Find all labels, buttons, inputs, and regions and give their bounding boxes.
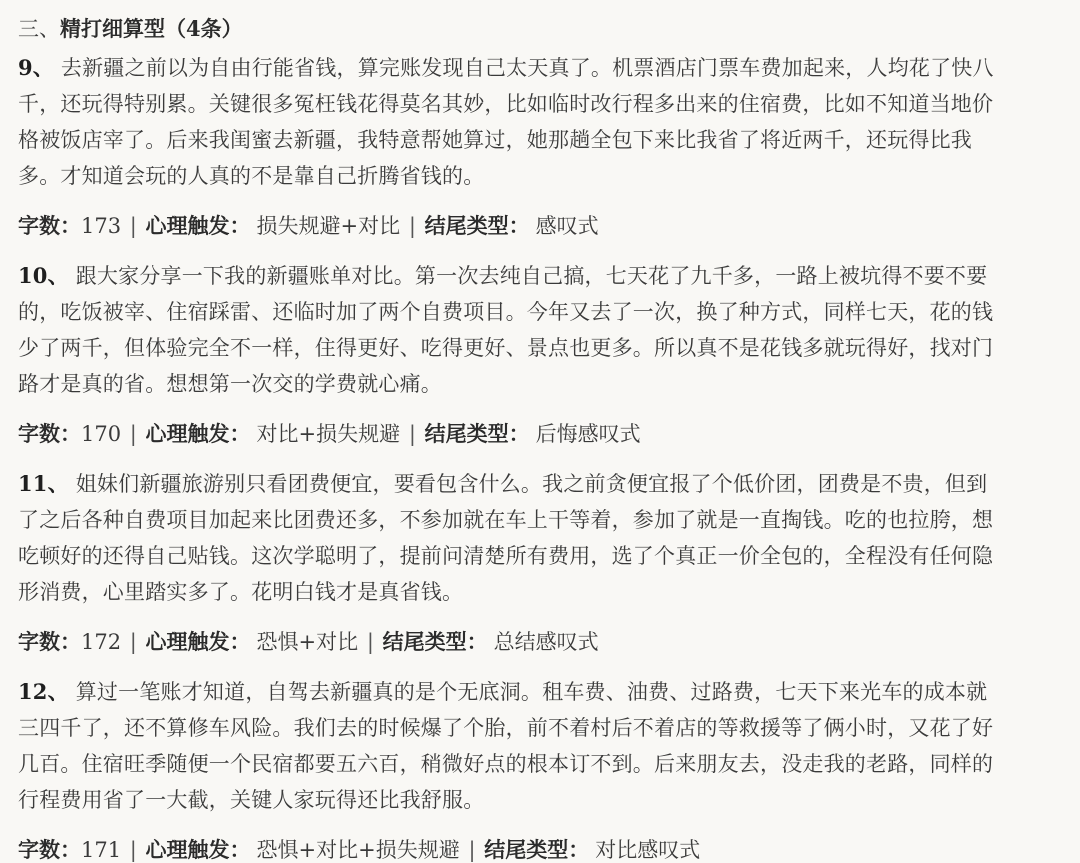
psych-trigger-value: 损失规避+对比: [257, 214, 401, 238]
word-count-label: 字数：: [18, 213, 81, 238]
entry-item: 10、 跟大家分享一下我的新疆账单对比。第一次去纯自己搞，七天花了九千多，一路上…: [18, 258, 1062, 452]
meta-separator: |: [130, 214, 137, 238]
entry-text: 去新疆之前以为自由行能省钱，算完账发现自己太天真了。机票酒店门票车费加起来，人均…: [18, 56, 994, 188]
ending-type-value: 总结感叹式: [494, 630, 599, 654]
ending-type-label: 结尾类型：: [383, 629, 488, 654]
meta-separator: |: [130, 422, 137, 446]
ending-type-label: 结尾类型：: [484, 837, 589, 862]
entry-item: 12、 算过一笔账才知道，自驾去新疆真的是个无底洞。租车费、油费、过路费，七天下…: [18, 674, 1062, 863]
psych-trigger-value: 恐惧+对比+损失规避: [257, 838, 460, 862]
psych-trigger-value: 对比+损失规避: [257, 422, 401, 446]
section-heading: 三、精打细算型（4条）: [18, 12, 1062, 46]
psych-trigger-value: 恐惧+对比: [257, 630, 359, 654]
entry-body: 12、 算过一笔账才知道，自驾去新疆真的是个无底洞。租车费、油费、过路费，七天下…: [18, 674, 1008, 818]
word-count-label: 字数：: [18, 421, 81, 446]
entry-body: 9、 去新疆之前以为自由行能省钱，算完账发现自己太天真了。机票酒店门票车费加起来…: [18, 50, 1008, 194]
entry-number: 11、: [18, 471, 69, 496]
psych-trigger-label: 心理触发：: [146, 837, 251, 862]
word-count-value: 173: [81, 214, 121, 238]
meta-separator: |: [130, 838, 137, 862]
entry-body: 10、 跟大家分享一下我的新疆账单对比。第一次去纯自己搞，七天花了九千多，一路上…: [18, 258, 1008, 402]
entry-text: 姐妹们新疆旅游别只看团费便宜，要看包含什么。我之前贪便宜报了个低价团，团费是不贵…: [18, 472, 993, 604]
word-count-value: 172: [81, 630, 121, 654]
entry-text: 跟大家分享一下我的新疆账单对比。第一次去纯自己搞，七天花了九千多，一路上被坑得不…: [18, 264, 993, 396]
entry-meta: 字数：171 | 心理触发：恐惧+对比+损失规避 | 结尾类型：对比感叹式: [18, 832, 1062, 863]
word-count-label: 字数：: [18, 629, 81, 654]
entry-item: 9、 去新疆之前以为自由行能省钱，算完账发现自己太天真了。机票酒店门票车费加起来…: [18, 50, 1062, 244]
entry-item: 11、 姐妹们新疆旅游别只看团费便宜，要看包含什么。我之前贪便宜报了个低价团，团…: [18, 466, 1062, 660]
entry-meta: 字数：170 | 心理触发：对比+损失规避 | 结尾类型：后悔感叹式: [18, 416, 1062, 452]
meta-separator: |: [130, 630, 137, 654]
entry-number: 12、: [18, 679, 69, 704]
ending-type-label: 结尾类型：: [425, 213, 530, 238]
word-count-value: 171: [81, 838, 121, 862]
word-count-label: 字数：: [18, 837, 81, 862]
ending-type-label: 结尾类型：: [425, 421, 530, 446]
psych-trigger-label: 心理触发：: [146, 629, 251, 654]
meta-separator: |: [409, 422, 416, 446]
entry-text: 算过一笔账才知道，自驾去新疆真的是个无底洞。租车费、油费、过路费，七天下来光车的…: [18, 680, 993, 812]
meta-separator: |: [409, 214, 416, 238]
ending-type-value: 感叹式: [536, 214, 599, 238]
entry-meta: 字数：172 | 心理触发：恐惧+对比 | 结尾类型：总结感叹式: [18, 624, 1062, 660]
meta-separator: |: [468, 838, 475, 862]
entry-meta: 字数：173 | 心理触发：损失规避+对比 | 结尾类型：感叹式: [18, 208, 1062, 244]
document-page: 三、精打细算型（4条） 9、 去新疆之前以为自由行能省钱，算完账发现自己太天真了…: [0, 0, 1080, 863]
entry-number: 10、: [18, 263, 69, 288]
section-title: 精打细算型（4条）: [60, 16, 243, 41]
psych-trigger-label: 心理触发：: [146, 421, 251, 446]
entry-number: 9、: [18, 55, 54, 80]
ending-type-value: 对比感叹式: [595, 838, 700, 862]
section-prefix: 三、: [18, 17, 60, 41]
word-count-value: 170: [81, 422, 121, 446]
psych-trigger-label: 心理触发：: [146, 213, 251, 238]
meta-separator: |: [367, 630, 374, 654]
ending-type-value: 后悔感叹式: [536, 422, 641, 446]
entry-body: 11、 姐妹们新疆旅游别只看团费便宜，要看包含什么。我之前贪便宜报了个低价团，团…: [18, 466, 1008, 610]
